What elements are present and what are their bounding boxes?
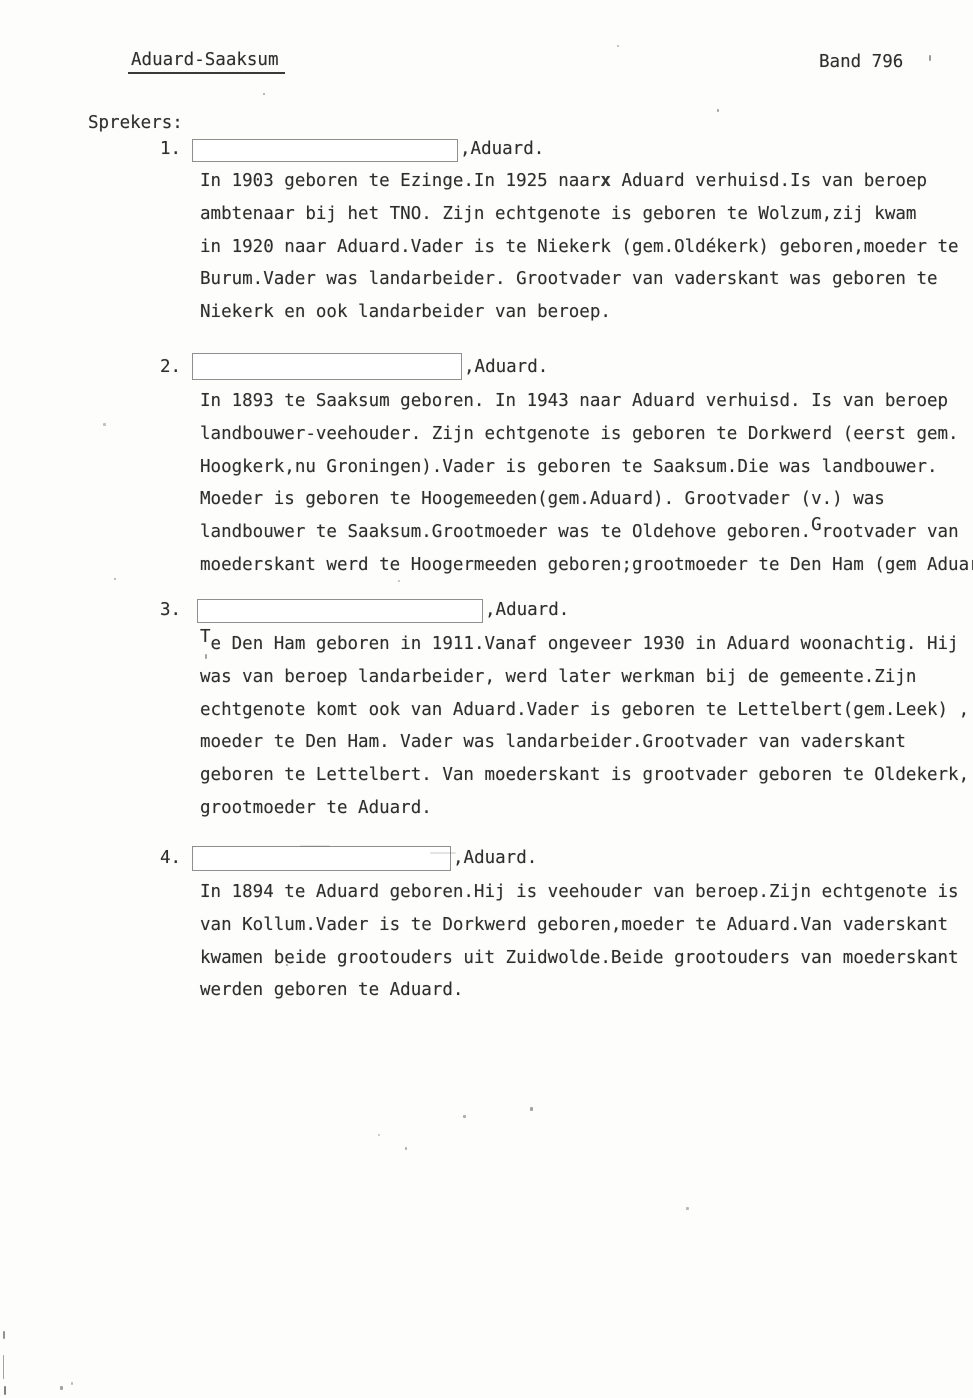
- band-label: Band 796: [819, 52, 903, 72]
- scan-speck: [286, 964, 288, 966]
- speaker-1-paragraph: In 1903 geboren te Ezinge.In 1925 naarx …: [200, 170, 959, 334]
- document-title: Aduard-Saaksum: [128, 50, 285, 74]
- scan-speck: [263, 93, 265, 95]
- speaker-2-number: 2.: [160, 357, 192, 377]
- scan-edge-mark: [3, 1331, 5, 1339]
- speaker-3-row: 3. ,Aduard.: [160, 599, 569, 621]
- scan-speck: [530, 1107, 533, 1111]
- speaker-4-row: 4. ,Aduard.: [160, 846, 537, 869]
- speaker-4-paragraph: In 1894 te Aduard geboren.Hij is veehoud…: [200, 881, 959, 1012]
- speaker-3-number: 3.: [160, 600, 192, 620]
- speaker-2-row: 2. ,Aduard.: [160, 353, 548, 378]
- speaker-4-place: ,Aduard.: [453, 848, 537, 868]
- scan-speck: [929, 55, 931, 61]
- scan-edge-mark: [4, 1386, 6, 1395]
- scan-speck: [617, 45, 619, 47]
- scan-speck: [717, 109, 719, 112]
- speaker-2-place: ,Aduard.: [464, 357, 548, 377]
- speaker-1-redacted-name-box: [192, 139, 458, 162]
- scan-speck: [103, 423, 106, 426]
- scan-smudge: [300, 845, 330, 847]
- speaker-3-place: ,Aduard.: [485, 600, 569, 620]
- speaker-1-place: ,Aduard.: [460, 139, 544, 159]
- scan-smudge: [430, 852, 456, 854]
- scan-speck: [114, 578, 116, 580]
- speaker-4-number: 4.: [160, 848, 192, 868]
- scan-edge-mark: [3, 1355, 4, 1379]
- scan-speck: [405, 1147, 407, 1150]
- speaker-3-paragraph: Te Den Ham geboren in 1911.Vanaf ongevee…: [200, 633, 969, 830]
- speaker-3-redacted-name-box: [197, 599, 483, 623]
- document-page: Aduard-Saaksum Band 796 Sprekers: 1. ,Ad…: [0, 0, 973, 1398]
- scan-speck: [463, 1115, 466, 1118]
- speaker-2-redacted-name-box: [192, 353, 462, 380]
- document-title-text: Aduard-Saaksum: [128, 50, 285, 74]
- speaker-1-number: 1.: [160, 139, 192, 159]
- scan-speck: [60, 1386, 63, 1390]
- scan-speck: [398, 580, 400, 582]
- scan-speck: [205, 654, 207, 659]
- speaker-4-redacted-name-box: [192, 846, 451, 871]
- speakers-heading: Sprekers:: [88, 113, 183, 133]
- scan-speck: [71, 1382, 73, 1385]
- speaker-1-row: 1. ,Aduard.: [160, 139, 544, 160]
- speaker-2-paragraph: In 1893 te Saaksum geboren. In 1943 naar…: [200, 390, 973, 587]
- scan-speck: [378, 1134, 380, 1136]
- scan-speck: [686, 1207, 689, 1210]
